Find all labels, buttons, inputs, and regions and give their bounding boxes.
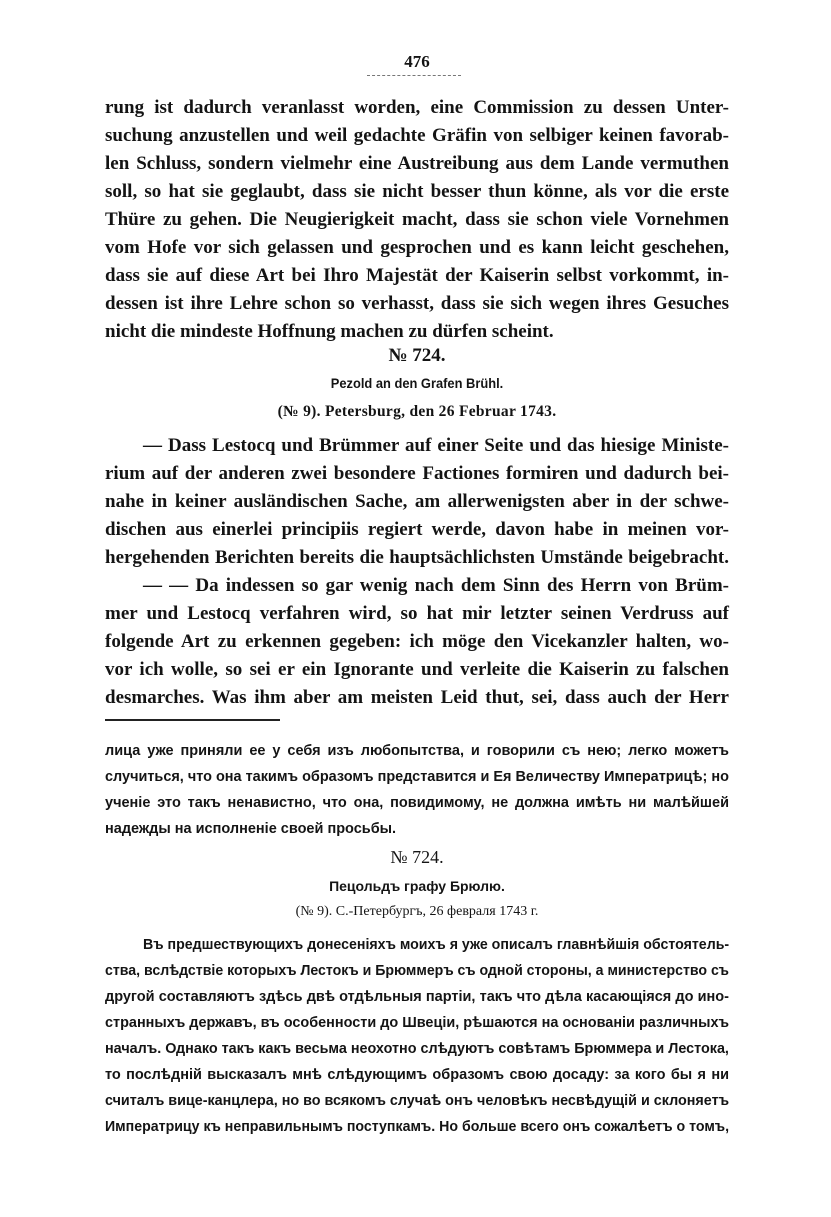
body-paragraph-2: — — Da indessen so gar wenig nach dem Si… xyxy=(105,572,729,712)
text-line: надежды на исполненіе своей просьбы. xyxy=(105,816,729,842)
text-line: vor ich wolle, so sei er ein Ignorante u… xyxy=(105,656,729,684)
text-line: другой составляютъ здѣсь двѣ отдѣльныя п… xyxy=(105,984,729,1010)
page-number: 476 xyxy=(105,52,729,72)
text-line: len Schluss, sondern vielmehr eine Austr… xyxy=(105,150,729,178)
text-line: nicht die mindeste Hoffnung machen zu dü… xyxy=(105,318,729,346)
body-paragraph-1: — Dass Lestocq und Brümmer auf einer Sei… xyxy=(105,432,729,572)
page-number-rule xyxy=(367,75,461,76)
text-line: rium auf der anderen zwei besondere Fact… xyxy=(105,460,729,488)
text-line: ученіе это такъ ненавистно, что она, пов… xyxy=(105,790,729,816)
footnote-document-title: Пецольдъ графу Брюлю. xyxy=(105,878,729,894)
text-line: Въ предшествующихъ донесеніяхъ моихъ я у… xyxy=(106,932,766,958)
text-line: ства, вслѣдствіе которыхъ Лестокъ и Брюм… xyxy=(105,958,729,984)
text-line: то послѣдній высказалъ мнѣ слѣдующимъ об… xyxy=(105,1062,729,1088)
text-line: mer und Lestocq verfahren wird, so hat m… xyxy=(105,600,729,628)
text-line: folgende Art zu erkennen gegeben: ich mö… xyxy=(105,628,729,656)
footnote-body: Въ предшествующихъ донесеніяхъ моихъ я у… xyxy=(105,932,729,1140)
text-line: rung ist dadurch veranlasst worden, eine… xyxy=(105,94,729,122)
text-line: soll, so hat sie geglaubt, dass sie nich… xyxy=(105,178,729,206)
footnote-continuation: лица уже приняли ее у себя изъ любопытст… xyxy=(105,738,729,842)
text-line: dischen aus einerlei principiis regiert … xyxy=(105,516,729,544)
footnote-document-dateline: (№ 9). С.-Петербургъ, 26 февраля 1743 г. xyxy=(105,904,729,920)
text-line: hergehenden Berichten bereits die haupts… xyxy=(105,544,729,572)
text-line: vom Hofe vor sich gelassen und gesproche… xyxy=(105,234,729,262)
document-title: Pezold an den Grafen Brühl. xyxy=(130,375,704,391)
text-line: странныхъ державъ, въ особенности до Шве… xyxy=(105,1010,729,1036)
text-line: desmarches. Was ihm aber am meisten Leid… xyxy=(105,684,729,712)
document-dateline: (№ 9). Petersburg, den 26 Februar 1743. xyxy=(105,403,729,421)
text-line: nahe in keiner ausländischen Sache, am a… xyxy=(105,488,729,516)
text-line: suchung anzustellen und weil gedachte Gr… xyxy=(105,122,729,150)
text-line: лица уже приняли ее у себя изъ любопытст… xyxy=(105,738,729,764)
text-line: dessen ist ihre Lehre schon so verhasst,… xyxy=(105,290,729,318)
text-line: Thüre zu gehen. Die Neugierigkeit macht,… xyxy=(105,206,729,234)
footnote-rule xyxy=(105,719,280,721)
text-line: считалъ вице-канцлера, но во всякомъ слу… xyxy=(105,1088,729,1114)
continuation-paragraph: rung ist dadurch veranlasst worden, eine… xyxy=(105,94,729,346)
text-line: dass sie auf diese Art bei Ihro Majestät… xyxy=(105,262,729,290)
document-number: № 724. xyxy=(105,345,729,367)
footnote-document-number: № 724. xyxy=(105,847,729,868)
text-line: началъ. Однако такъ какъ весьма неохотно… xyxy=(105,1036,729,1062)
text-line: Императрицу къ неправильнымъ поступкамъ.… xyxy=(105,1114,729,1140)
text-line: — Dass Lestocq und Brümmer auf einer Sei… xyxy=(105,432,729,460)
text-line: — — Da indessen so gar wenig nach dem Si… xyxy=(105,572,729,600)
text-line: случиться, что она такимъ образомъ предс… xyxy=(105,764,729,790)
